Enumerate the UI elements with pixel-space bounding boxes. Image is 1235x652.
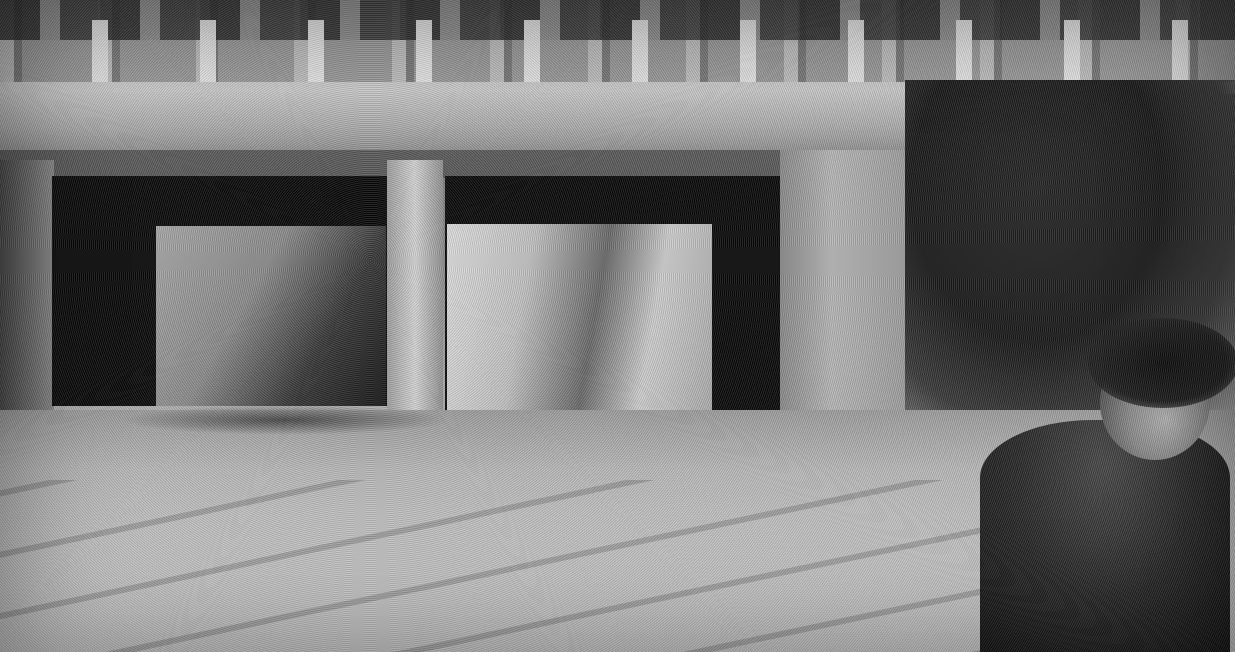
- road-tracks: [0, 480, 1000, 652]
- left-pillar: [0, 160, 54, 410]
- deck-shadow: [0, 150, 900, 178]
- right-pillar: [780, 150, 910, 410]
- person-coat: [980, 420, 1230, 652]
- middle-pillar: [387, 160, 443, 410]
- person-hair: [1088, 318, 1235, 408]
- tunnel-left-view: [156, 226, 386, 406]
- rubble: [120, 405, 450, 435]
- bridge-deck: [0, 92, 1000, 152]
- bridge-railing: [0, 0, 1235, 92]
- tunnel-right-view: [447, 224, 712, 414]
- photo-scene: [0, 0, 1235, 652]
